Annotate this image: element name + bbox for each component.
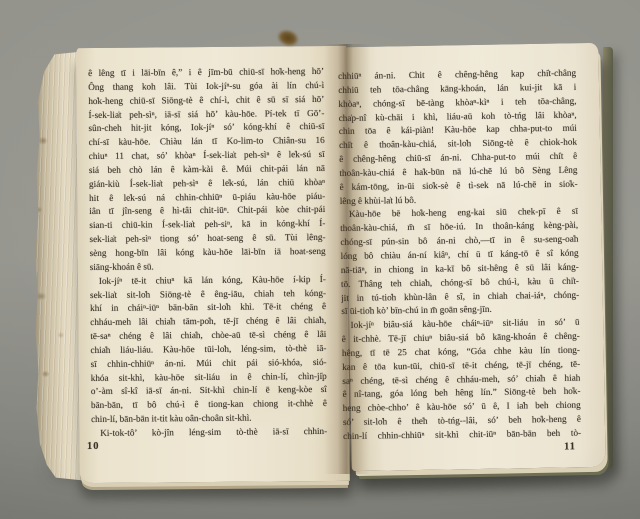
text-line: gián-kiù Í-sek-lia̍t peh-sìⁿ ê le̍k-sú, … xyxy=(89,176,325,192)
text-line: Iok-jíⁿ tē-it chiuⁿ kā lán kóng, Kàu-hōe… xyxy=(90,273,326,289)
text-line: bān-bān, tī bô chú-ì ê tiong-kan chiong … xyxy=(91,397,327,413)
right-page-number: 11 xyxy=(480,441,576,453)
left-page-number: 10 xyxy=(87,441,100,452)
text-line: sī chhin-chhiūⁿ án-ni. Múi chit pái sió-… xyxy=(91,356,327,372)
text-line: Ki-tok-tô’ kò-jîn léng-sim tò-thè iā-sī … xyxy=(91,425,327,441)
text-line: ho̍k-heng chiū-sī Siōng-tè ê chí-ì, chit… xyxy=(88,93,324,109)
right-page-text: chhiūⁿ án-ni. Chit ê chêng-hêng kap chi̍… xyxy=(338,67,581,444)
text-line: sèng hong-bīn lâi kóng kàu-hōe lāi-bīn i… xyxy=(90,245,326,261)
left-page-text: ê lêng tī i lāi-bīn ê,” i ê jīm-bū chiū-… xyxy=(88,65,327,441)
book-photo: ê lêng tī i lāi-bīn ê,” i ê jīm-bū chiū-… xyxy=(0,0,640,519)
